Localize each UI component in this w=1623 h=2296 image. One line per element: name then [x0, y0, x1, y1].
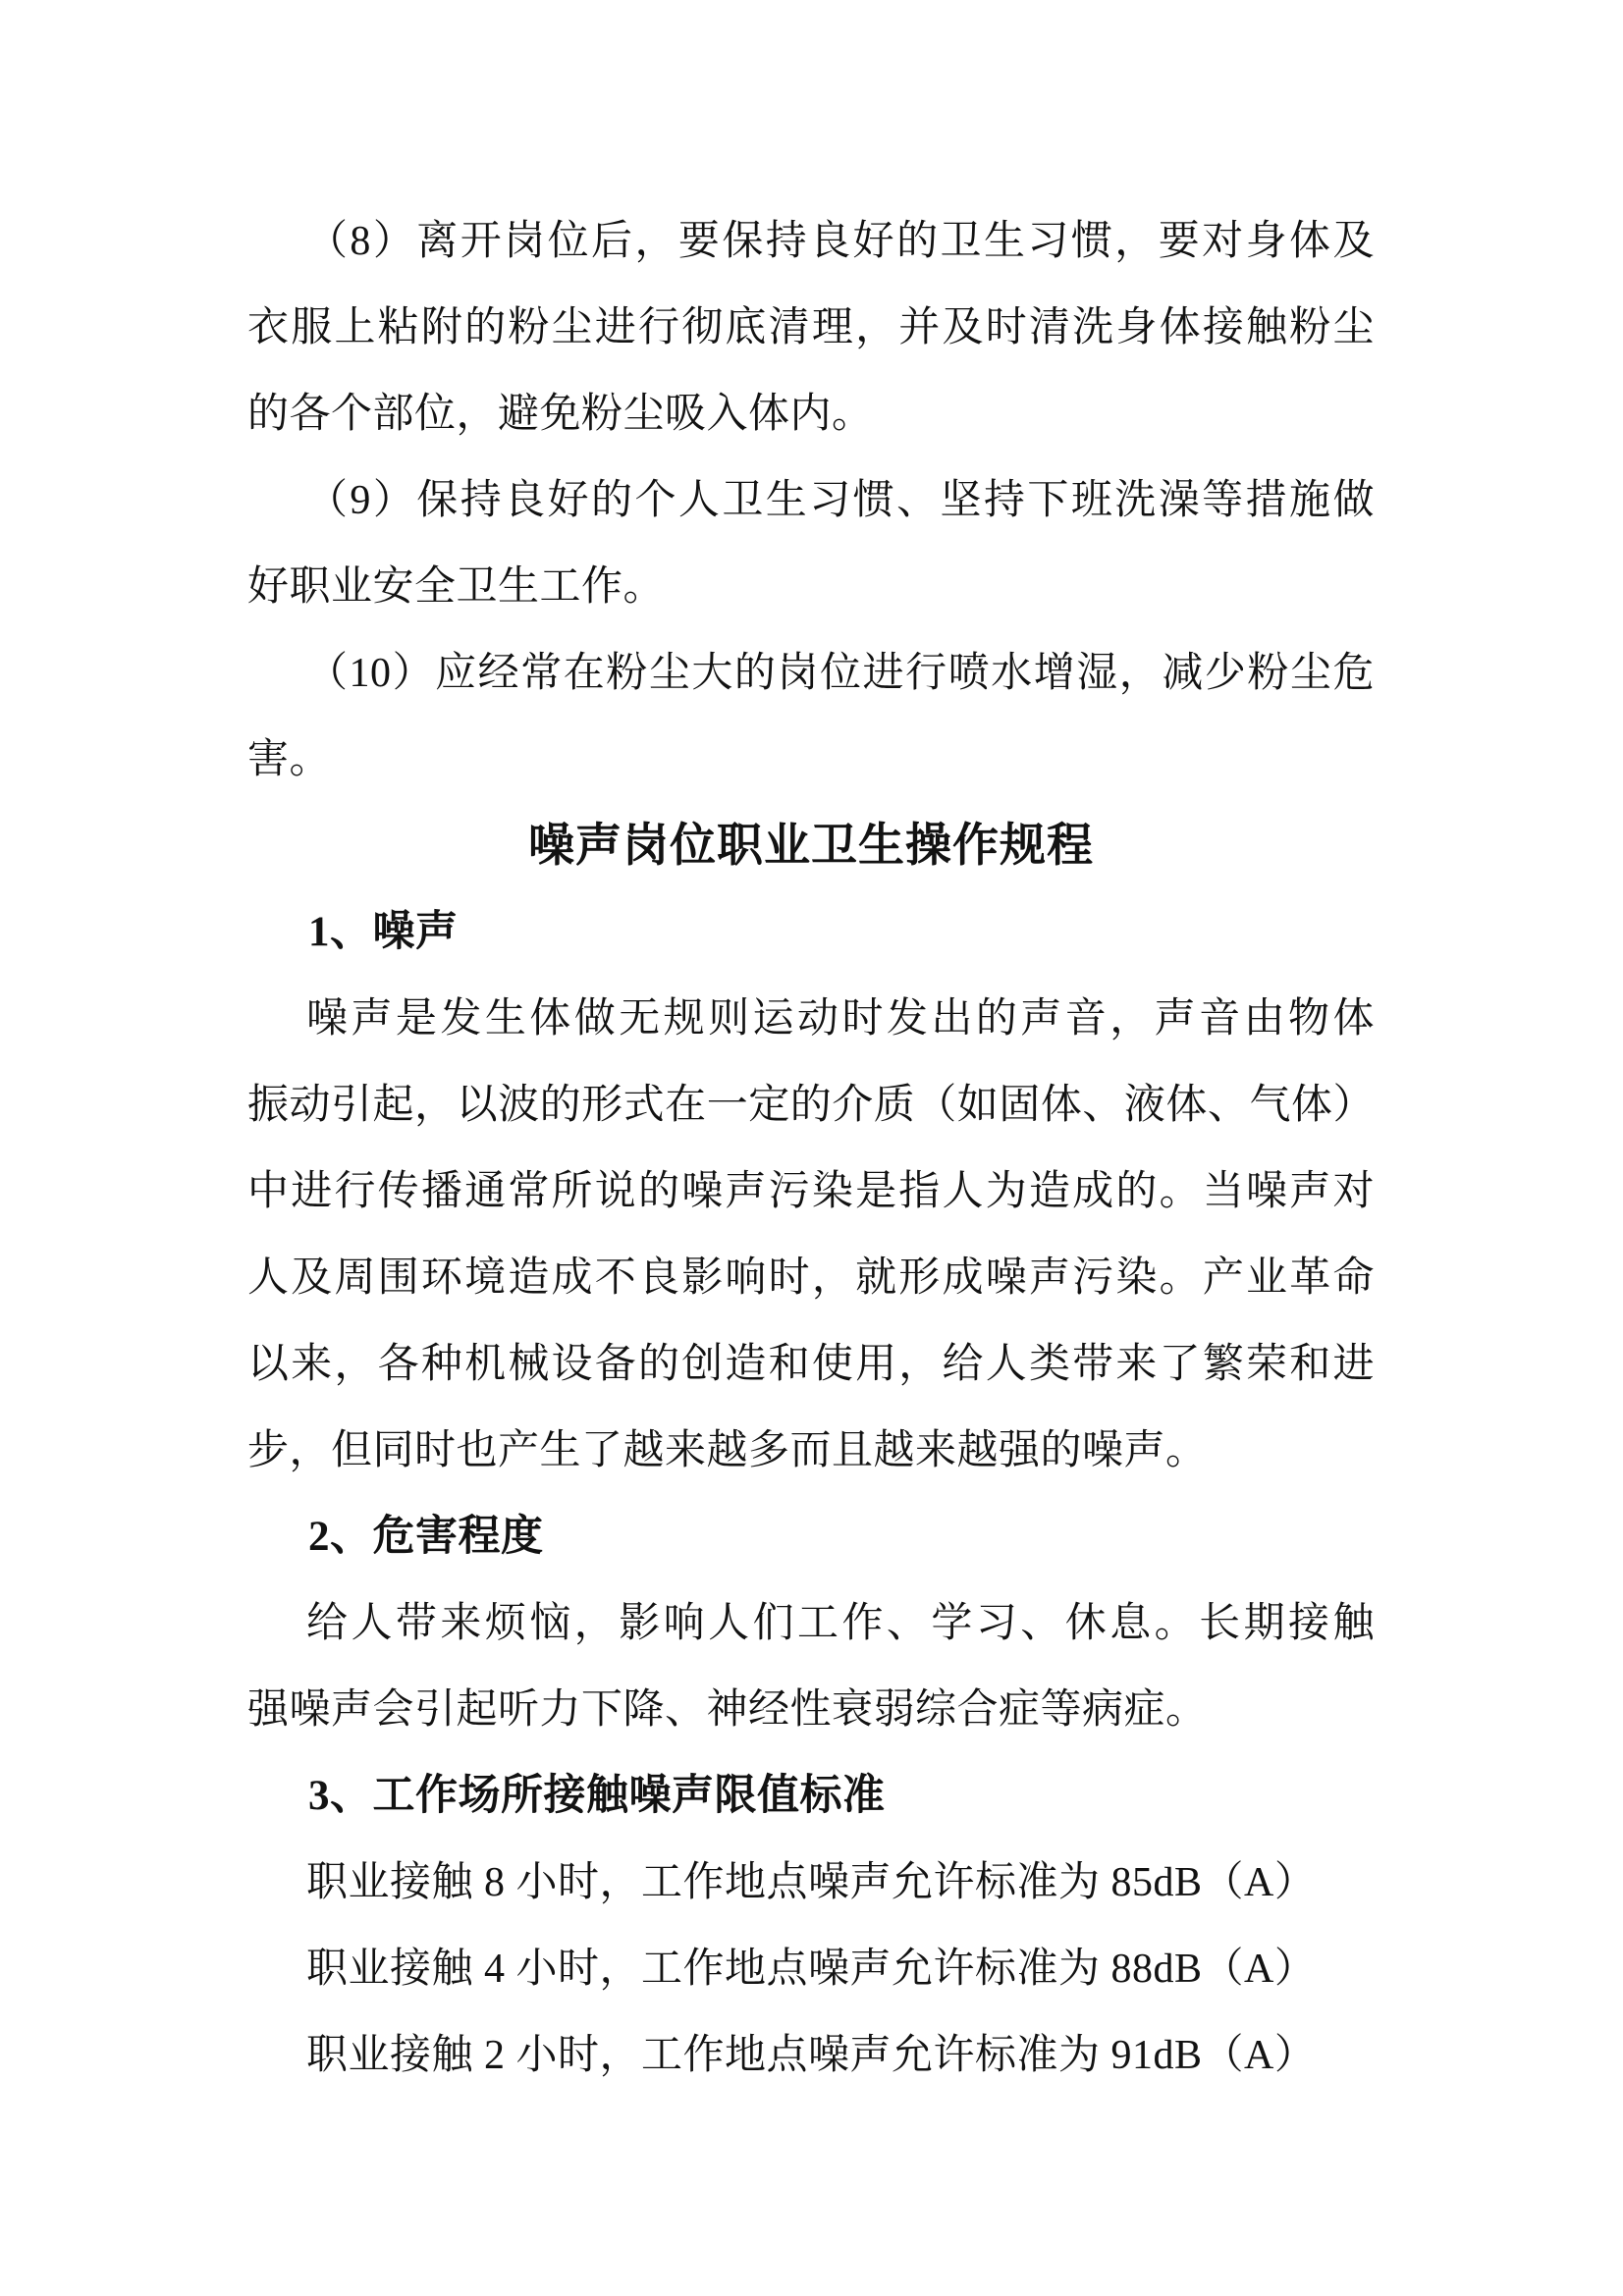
paragraph-dust-item-10: （10）应经常在粉尘大的岗位进行喷水增湿，减少粉尘危 害。 — [247, 630, 1375, 803]
text-line: 中进行传播通常所说的噪声污染是指人为造成的。当噪声对 — [247, 1148, 1375, 1235]
paragraph-limit-4h: 职业接触 4 小时，工作地点噪声允许标准为 88dB（A） — [247, 1926, 1375, 2012]
heading-text: 1、噪声 — [247, 889, 1375, 976]
paragraph-dust-item-9: （9）保持良好的个人卫生习惯、坚持下班洗澡等措施做 好职业安全卫生工作。 — [247, 457, 1375, 630]
document-page: （8）离开岗位后，要保持良好的卫生习惯，要对身体及 衣服上粘附的粉尘进行彻底清理… — [0, 0, 1623, 2296]
paragraph-limit-8h: 职业接触 8 小时，工作地点噪声允许标准为 85dB（A） — [247, 1840, 1375, 1926]
heading-noise-limit-standard: 3、工作场所接触噪声限值标准 — [247, 1753, 1375, 1840]
text-line: 振动引起，以波的形式在一定的介质（如固体、液体、气体） — [247, 1062, 1375, 1148]
text-line: 强噪声会引起听力下降、神经性衰弱综合症等病症。 — [247, 1667, 1375, 1753]
text-line: 职业接触 4 小时，工作地点噪声允许标准为 88dB（A） — [247, 1926, 1375, 2012]
text-line: （10）应经常在粉尘大的岗位进行喷水增湿，减少粉尘危 — [247, 630, 1375, 717]
paragraph-limit-2h: 职业接触 2 小时，工作地点噪声允许标准为 91dB（A） — [247, 2012, 1375, 2099]
paragraph-noise-definition: 噪声是发生体做无规则运动时发出的声音，声音由物体 振动引起，以波的形式在一定的介… — [247, 976, 1375, 1494]
text-line: 害。 — [247, 717, 1375, 803]
text-line: 以来，各种机械设备的创造和使用，给人类带来了繁荣和进 — [247, 1321, 1375, 1408]
text-line: 人及周围环境造成不良影响时，就形成噪声污染。产业革命 — [247, 1235, 1375, 1321]
text-line: 衣服上粘附的粉尘进行彻底清理，并及时清洗身体接触粉尘 — [247, 285, 1375, 371]
section-title: 噪声岗位职业卫生操作规程 — [247, 803, 1375, 889]
section-title-text: 噪声岗位职业卫生操作规程 — [247, 803, 1375, 889]
text-line: 职业接触 8 小时，工作地点噪声允许标准为 85dB（A） — [247, 1840, 1375, 1926]
text-line: 给人带来烦恼，影响人们工作、学习、休息。长期接触 — [247, 1580, 1375, 1667]
text-line: 噪声是发生体做无规则运动时发出的声音，声音由物体 — [247, 976, 1375, 1062]
text-line: 好职业安全卫生工作。 — [247, 544, 1375, 630]
text-line: 步，但同时也产生了越来越多而且越来越强的噪声。 — [247, 1408, 1375, 1494]
heading-text: 3、工作场所接触噪声限值标准 — [247, 1753, 1375, 1840]
text-line: （9）保持良好的个人卫生习惯、坚持下班洗澡等措施做 — [247, 457, 1375, 544]
paragraph-harm-description: 给人带来烦恼，影响人们工作、学习、休息。长期接触 强噪声会引起听力下降、神经性衰… — [247, 1580, 1375, 1753]
text-line: （8）离开岗位后，要保持良好的卫生习惯，要对身体及 — [247, 198, 1375, 285]
paragraph-dust-item-8: （8）离开岗位后，要保持良好的卫生习惯，要对身体及 衣服上粘附的粉尘进行彻底清理… — [247, 198, 1375, 457]
heading-harm-level: 2、危害程度 — [247, 1494, 1375, 1580]
text-line: 的各个部位，避免粉尘吸入体内。 — [247, 371, 1375, 457]
text-line: 职业接触 2 小时，工作地点噪声允许标准为 91dB（A） — [247, 2012, 1375, 2099]
heading-noise: 1、噪声 — [247, 889, 1375, 976]
heading-text: 2、危害程度 — [247, 1494, 1375, 1580]
